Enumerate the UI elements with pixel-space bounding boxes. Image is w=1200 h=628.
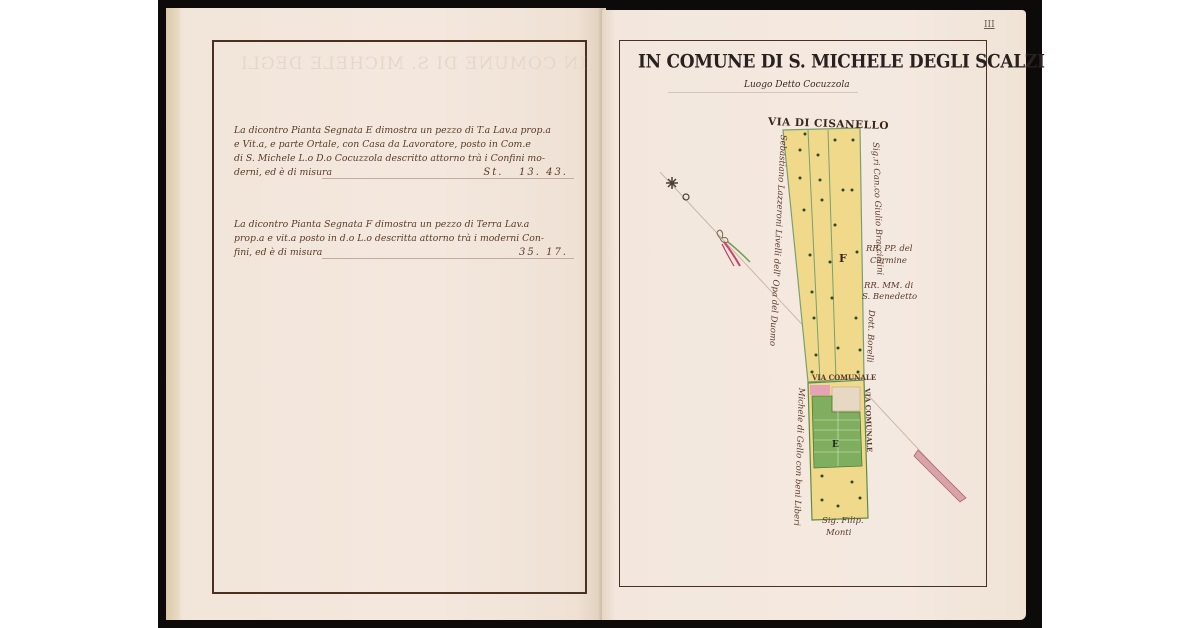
ribbon-bow-icon xyxy=(717,230,750,266)
arrow-feather-icon xyxy=(914,450,966,502)
parcel-e-label: E xyxy=(832,440,839,450)
south-owner-b: Monti xyxy=(826,528,851,538)
east-owner-3a: RR. MM. di xyxy=(864,281,913,291)
road-label-middle: VIA COMUNALE xyxy=(812,373,876,382)
north-fleur-icon xyxy=(666,177,689,200)
east-owner-4: Dott. Borelli xyxy=(864,310,876,363)
south-owner-a: Sig. Filip. xyxy=(822,516,864,526)
house-building xyxy=(810,385,830,395)
east-owner-2a: RR. PP. del xyxy=(866,244,913,254)
cadastral-plan xyxy=(0,0,1200,628)
parcel-f-label: F xyxy=(839,252,847,265)
parcel-f xyxy=(783,128,864,382)
east-owner-3b: S. Benedetto xyxy=(862,292,917,302)
courtyard xyxy=(832,387,860,411)
east-owner-2b: Carmine xyxy=(870,256,907,266)
